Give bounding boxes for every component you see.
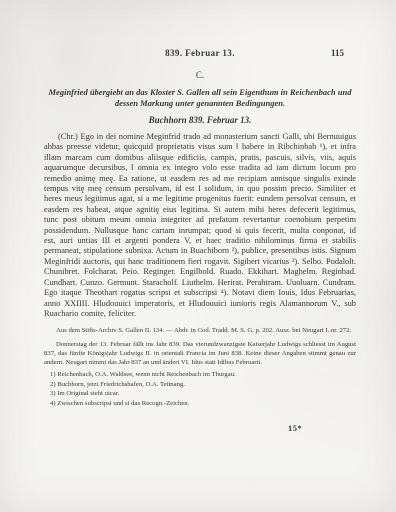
footnote-item: 4) Zwischen subscripsi und si das Recogn… <box>50 400 356 408</box>
charter-body-text: (Chr.) Ego in dei nomine Meginfrid trado… <box>44 132 356 319</box>
page-content: 839. Februar 13. 115 C. Meginfried überg… <box>44 48 356 408</box>
footnote-item: 3) Im Original steht uicar. <box>50 390 356 398</box>
page-number: 115 <box>331 48 344 58</box>
charter-dateline: Buchhorn 839. Februar 13. <box>44 115 356 125</box>
running-title: 839. Februar 13. <box>44 48 356 58</box>
page-header: 839. Februar 13. 115 <box>44 48 356 60</box>
charter-regest: Meginfried übergiebt an das Kloster S. G… <box>48 87 352 109</box>
footnotes-block: 1) Reichenbach, O.A. Waldsee, wenn nicht… <box>50 371 356 408</box>
printer-signature-mark: 15* <box>288 423 302 433</box>
footnote-item: 2) Buchhorn, jetzt Friedrichshafen, O.A.… <box>50 381 356 389</box>
book-page: 839. Februar 13. 115 C. Meginfried überg… <box>0 0 396 512</box>
editorial-commentary: Donnerstag der 13. Februar fällt ins Jah… <box>44 341 356 367</box>
section-letter: C. <box>44 70 356 80</box>
source-note: Aus dem Stifts-Archiv S. Gallen II. 134.… <box>44 327 356 336</box>
footnote-item: 1) Reichenbach, O.A. Waldsee, wenn nicht… <box>50 371 356 379</box>
